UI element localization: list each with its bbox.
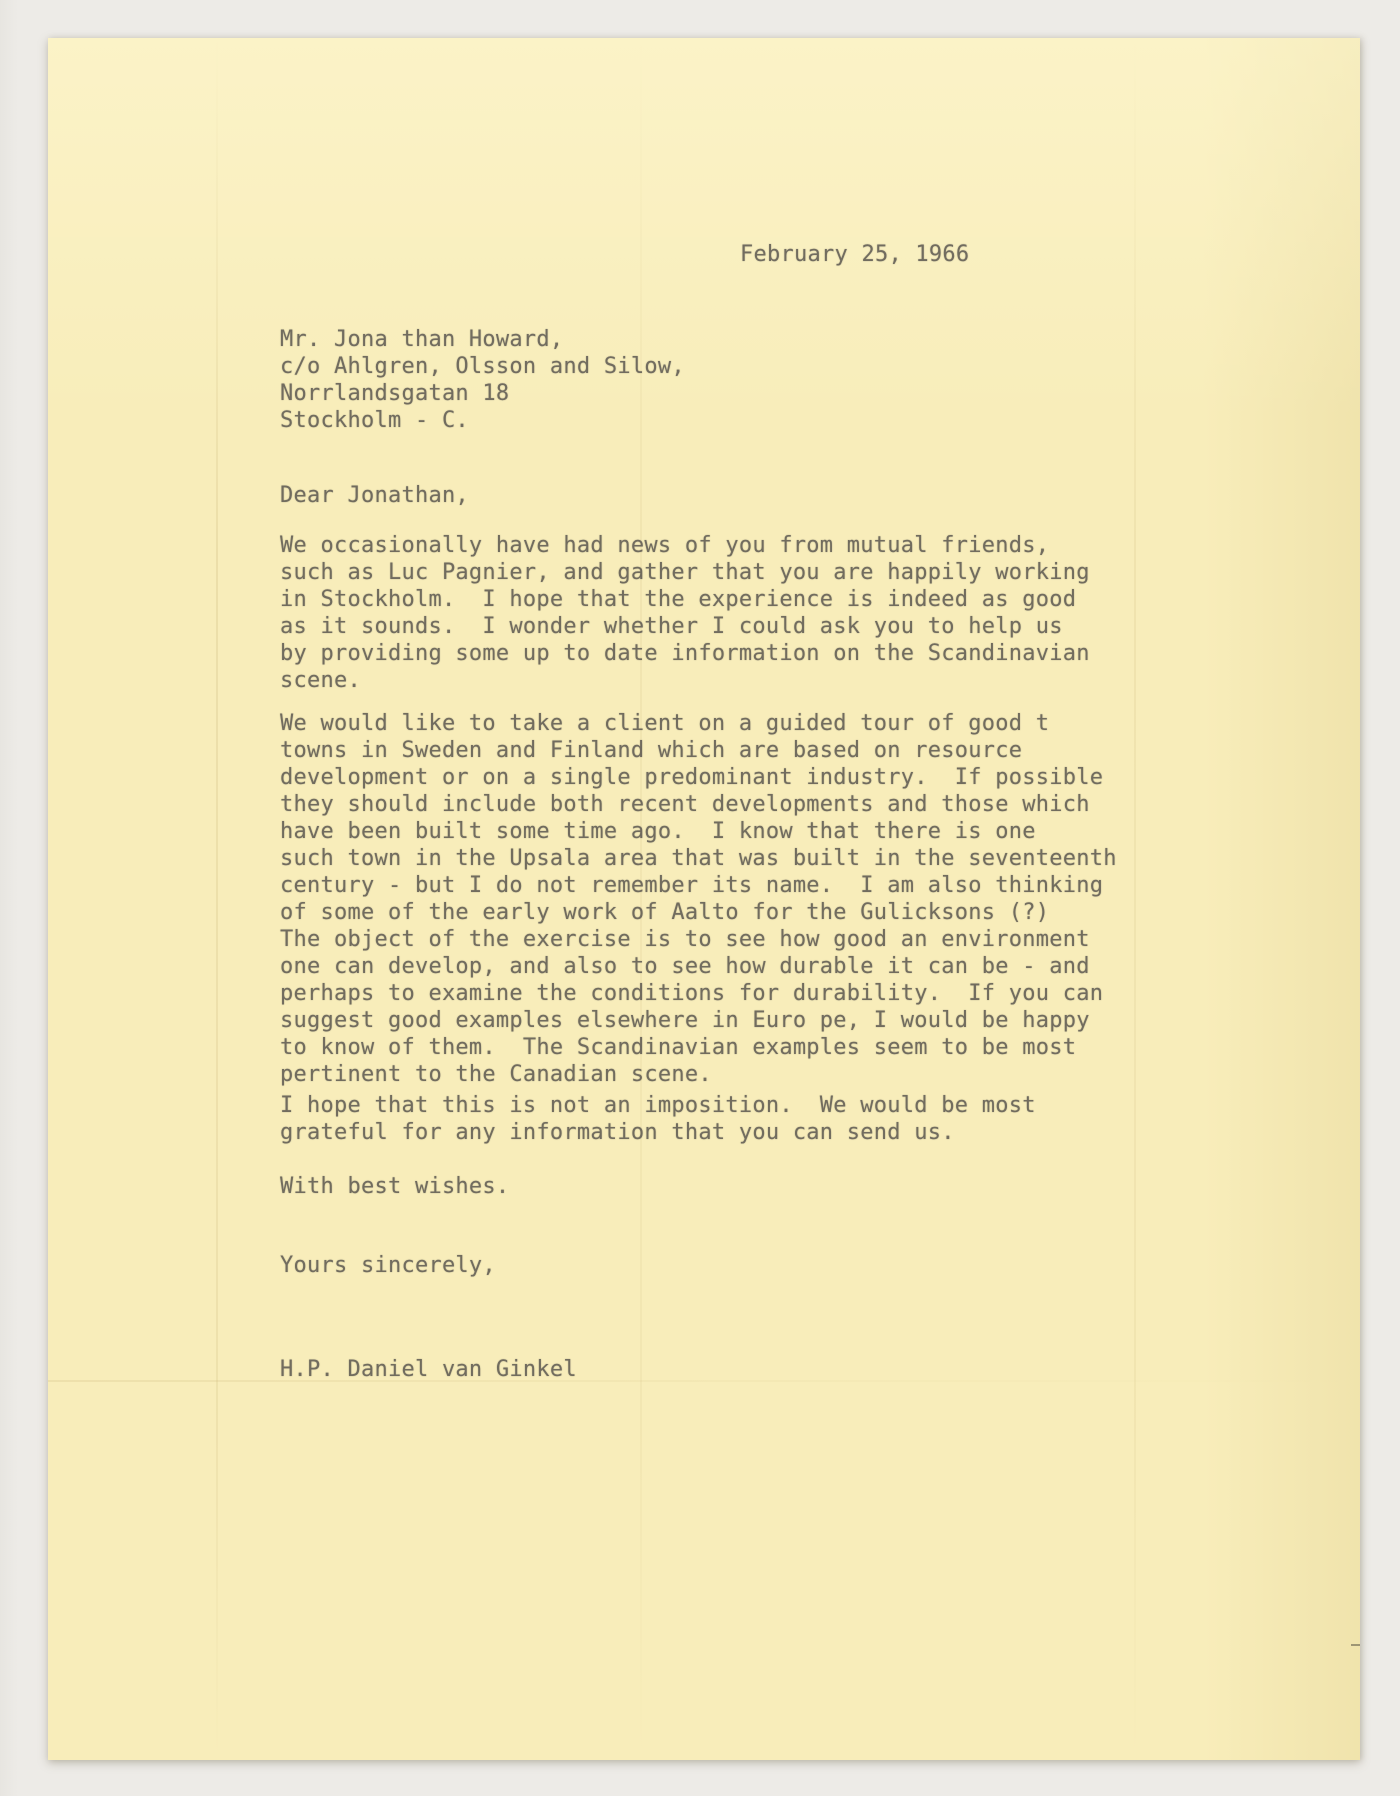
signature-name: H.P. Daniel van Ginkel [280, 1356, 577, 1383]
paragraph-1: We occasionally have had news of you fro… [280, 532, 1090, 694]
paper-nick [1351, 1644, 1360, 1646]
paragraph-2: We would like to take a client on a guid… [280, 710, 1117, 1088]
closing: Yours sincerely, [280, 1252, 496, 1279]
salutation: Dear Jonathan, [280, 482, 469, 509]
letter-paper: February 25, 1966 Mr. Jona than Howard, … [48, 38, 1360, 1760]
letter-date: February 25, 1966 [740, 241, 969, 268]
paper-crease-left [216, 38, 218, 1760]
photo-background: February 25, 1966 Mr. Jona than Howard, … [0, 0, 1400, 1796]
paper-fold-line [48, 1380, 1360, 1382]
paragraph-3: I hope that this is not an imposition. W… [280, 1092, 1036, 1146]
recipient-address: Mr. Jona than Howard, c/o Ahlgren, Olsso… [280, 326, 685, 434]
paper-crease-right [1134, 38, 1136, 1760]
closing-wishes: With best wishes. [280, 1173, 509, 1200]
